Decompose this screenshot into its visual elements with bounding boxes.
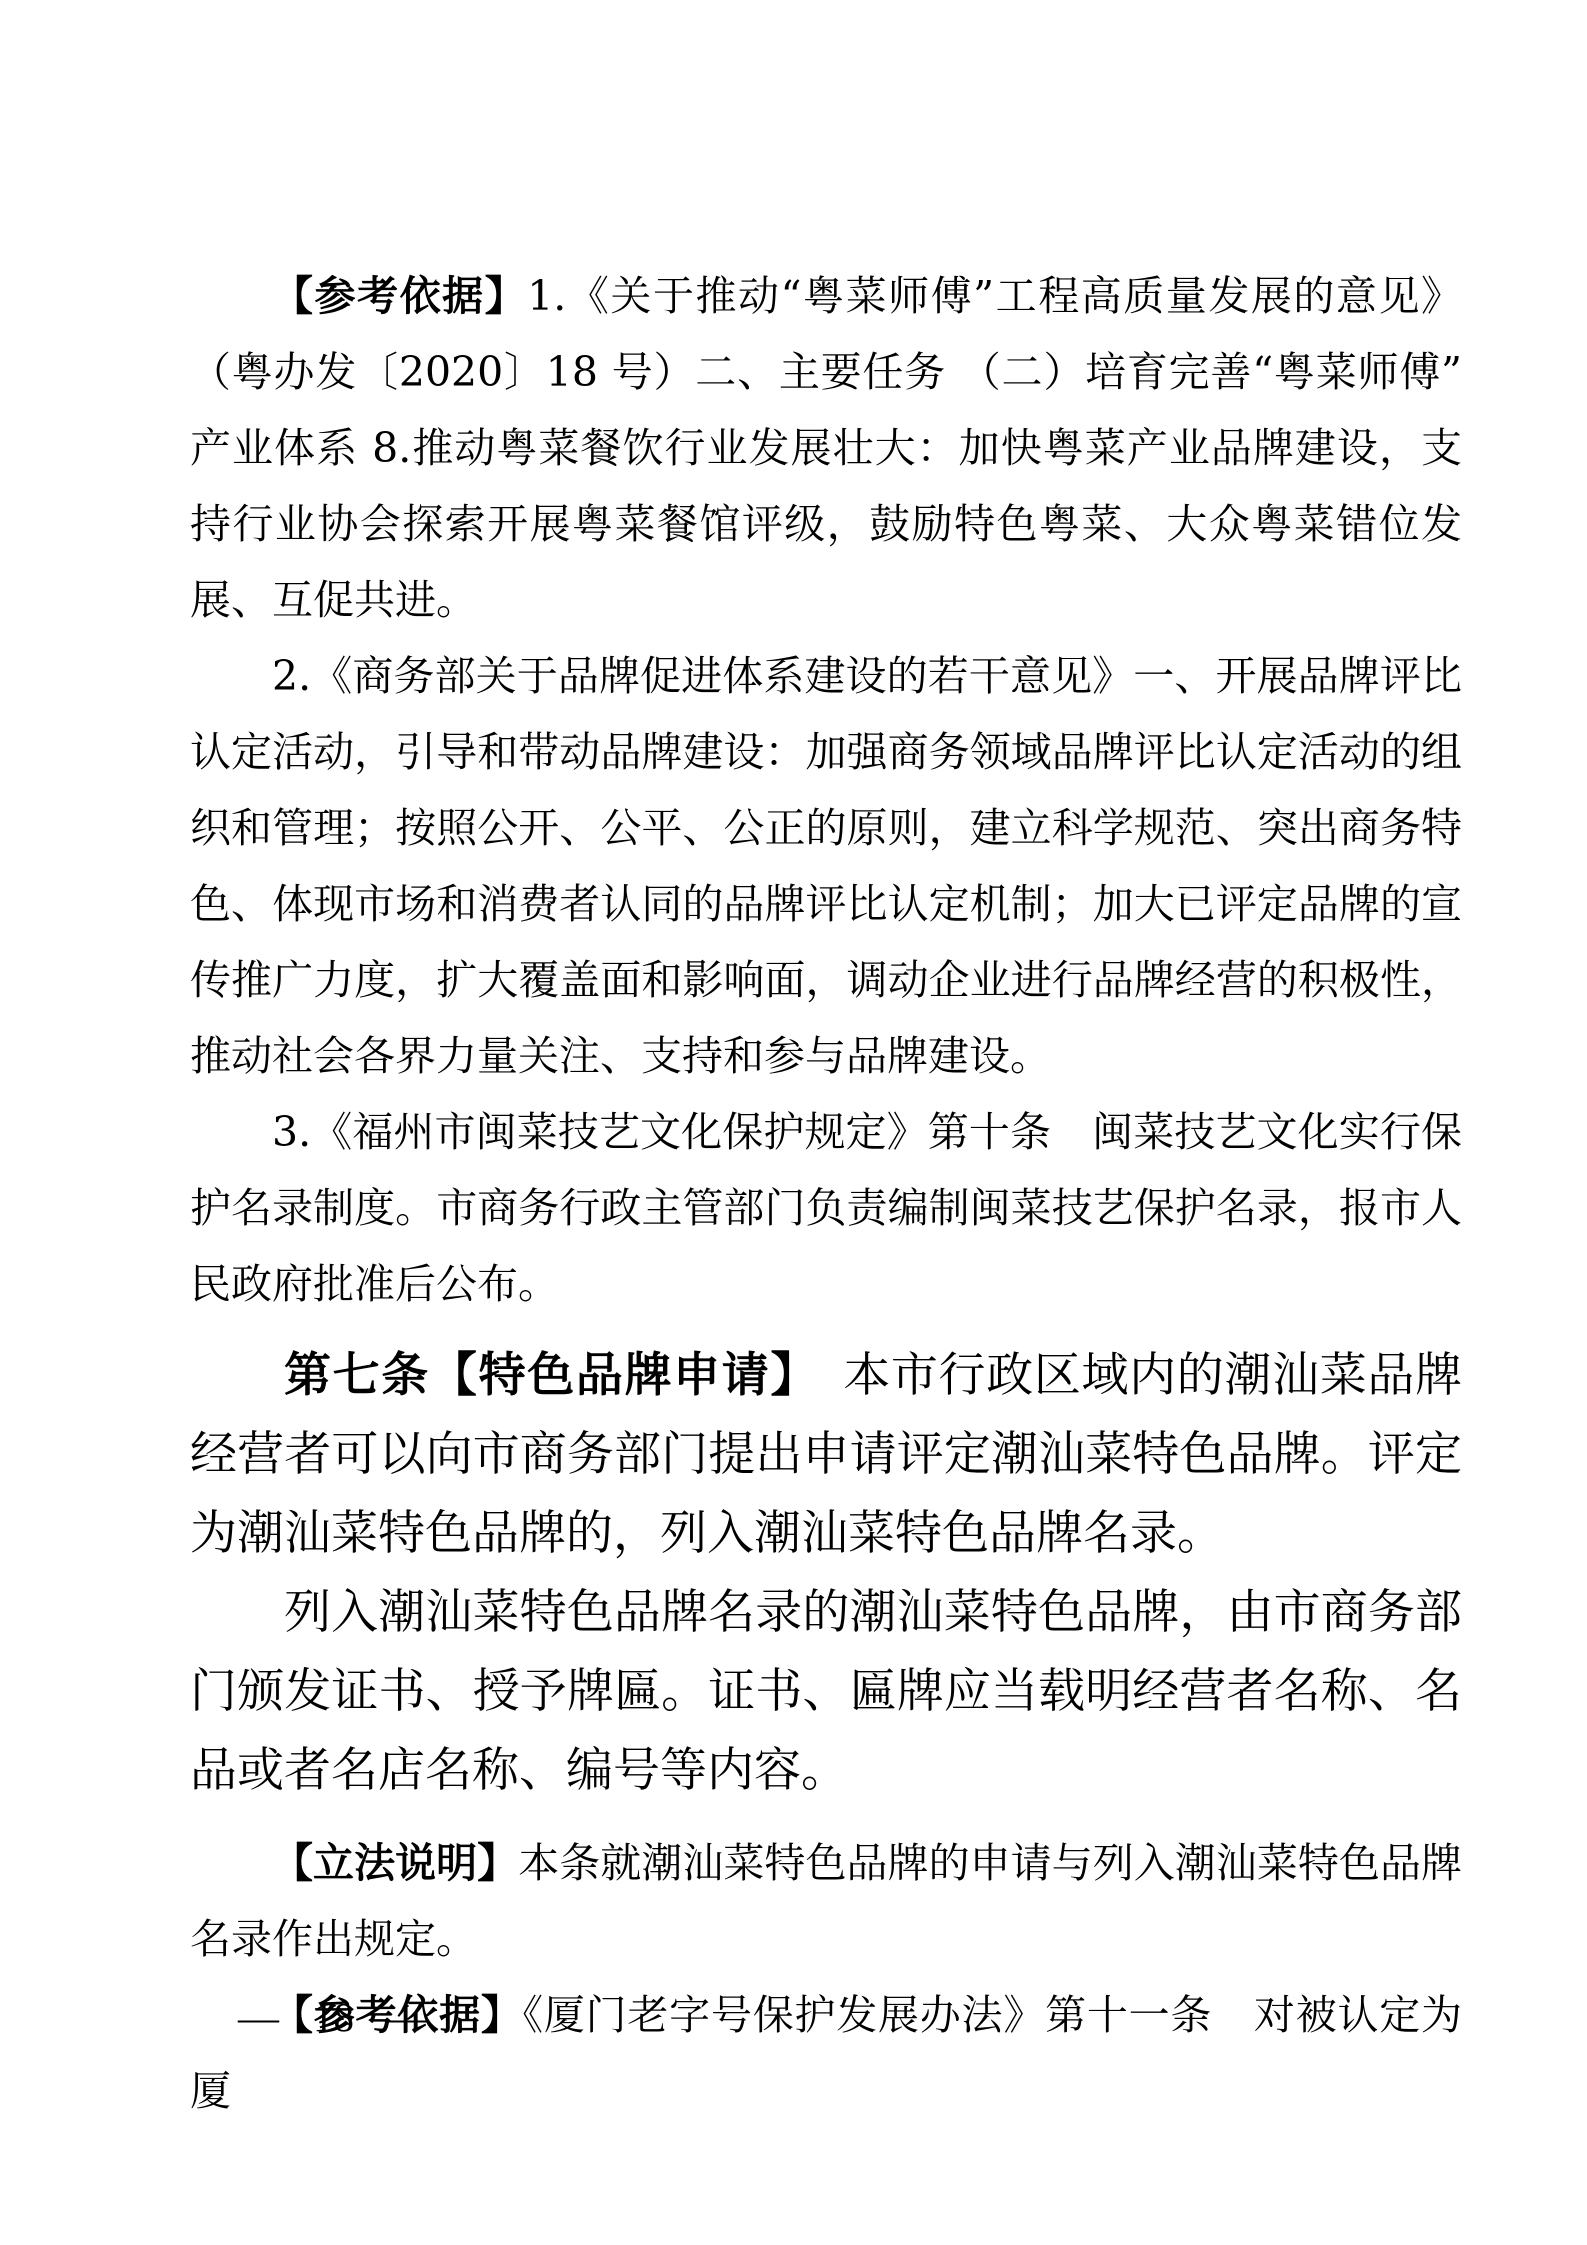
paragraph-legislative-note: 【立法说明】本条就潮汕菜特色品牌的申请与列入潮汕菜特色品牌名录作出规定。 xyxy=(190,1825,1462,1977)
paragraph-reference-basis-3: 3.《福州市闽菜技艺文化保护规定》第十条 闽菜技艺文化实行保护名录制度。市商务行… xyxy=(190,1094,1462,1322)
footer-dash-left: — xyxy=(238,1992,279,2042)
paragraph-reference-basis-1: 【参考依据】1.《关于推动“粤菜师傅”工程高质量发展的意见》（粤办发〔2020〕… xyxy=(190,258,1462,638)
paragraph-text: 2.《商务部关于品牌促进体系建设的若干意见》一、开展品牌评比认定活动，引导和带动… xyxy=(190,652,1462,1080)
paragraph-text: 3.《福州市闽菜技艺文化保护规定》第十条 闽菜技艺文化实行保护名录制度。市商务行… xyxy=(190,1108,1462,1308)
page-number-footer: —18— xyxy=(238,1992,429,2042)
paragraph-reference-basis-2: 2.《商务部关于品牌促进体系建设的若干意见》一、开展品牌评比认定活动，引导和带动… xyxy=(190,638,1462,1094)
document-page: 【参考依据】1.《关于推动“粤菜师傅”工程高质量发展的意见》（粤办发〔2020〕… xyxy=(0,0,1587,2245)
article-heading: 第七条【特色品牌申请】 xyxy=(284,1348,796,1403)
paragraph-article-7: 第七条【特色品牌申请】 本市行政区域内的潮汕菜品牌经营者可以向市商务部门提出申请… xyxy=(190,1336,1462,1574)
bracket-label: 【立法说明】 xyxy=(272,1839,518,1887)
footer-dash-right: — xyxy=(388,1992,429,2042)
paragraph-text: 1.《关于推动“粤菜师傅”工程高质量发展的意见》（粤办发〔2020〕18 号）二… xyxy=(190,272,1462,624)
paragraph-article-7-continued: 列入潮汕菜特色品牌名录的潮汕菜特色品牌，由市商务部门颁发证书、授予牌匾。证书、匾… xyxy=(190,1574,1462,1811)
page-number: 18 xyxy=(313,1992,354,2042)
bracket-label: 【参考依据】 xyxy=(272,272,527,320)
document-body: 【参考依据】1.《关于推动“粤菜师傅”工程高质量发展的意见》（粤办发〔2020〕… xyxy=(190,258,1462,2129)
paragraph-text: 列入潮汕菜特色品牌名录的潮汕菜特色品牌，由市商务部门颁发证书、授予牌匾。证书、匾… xyxy=(190,1587,1462,1797)
